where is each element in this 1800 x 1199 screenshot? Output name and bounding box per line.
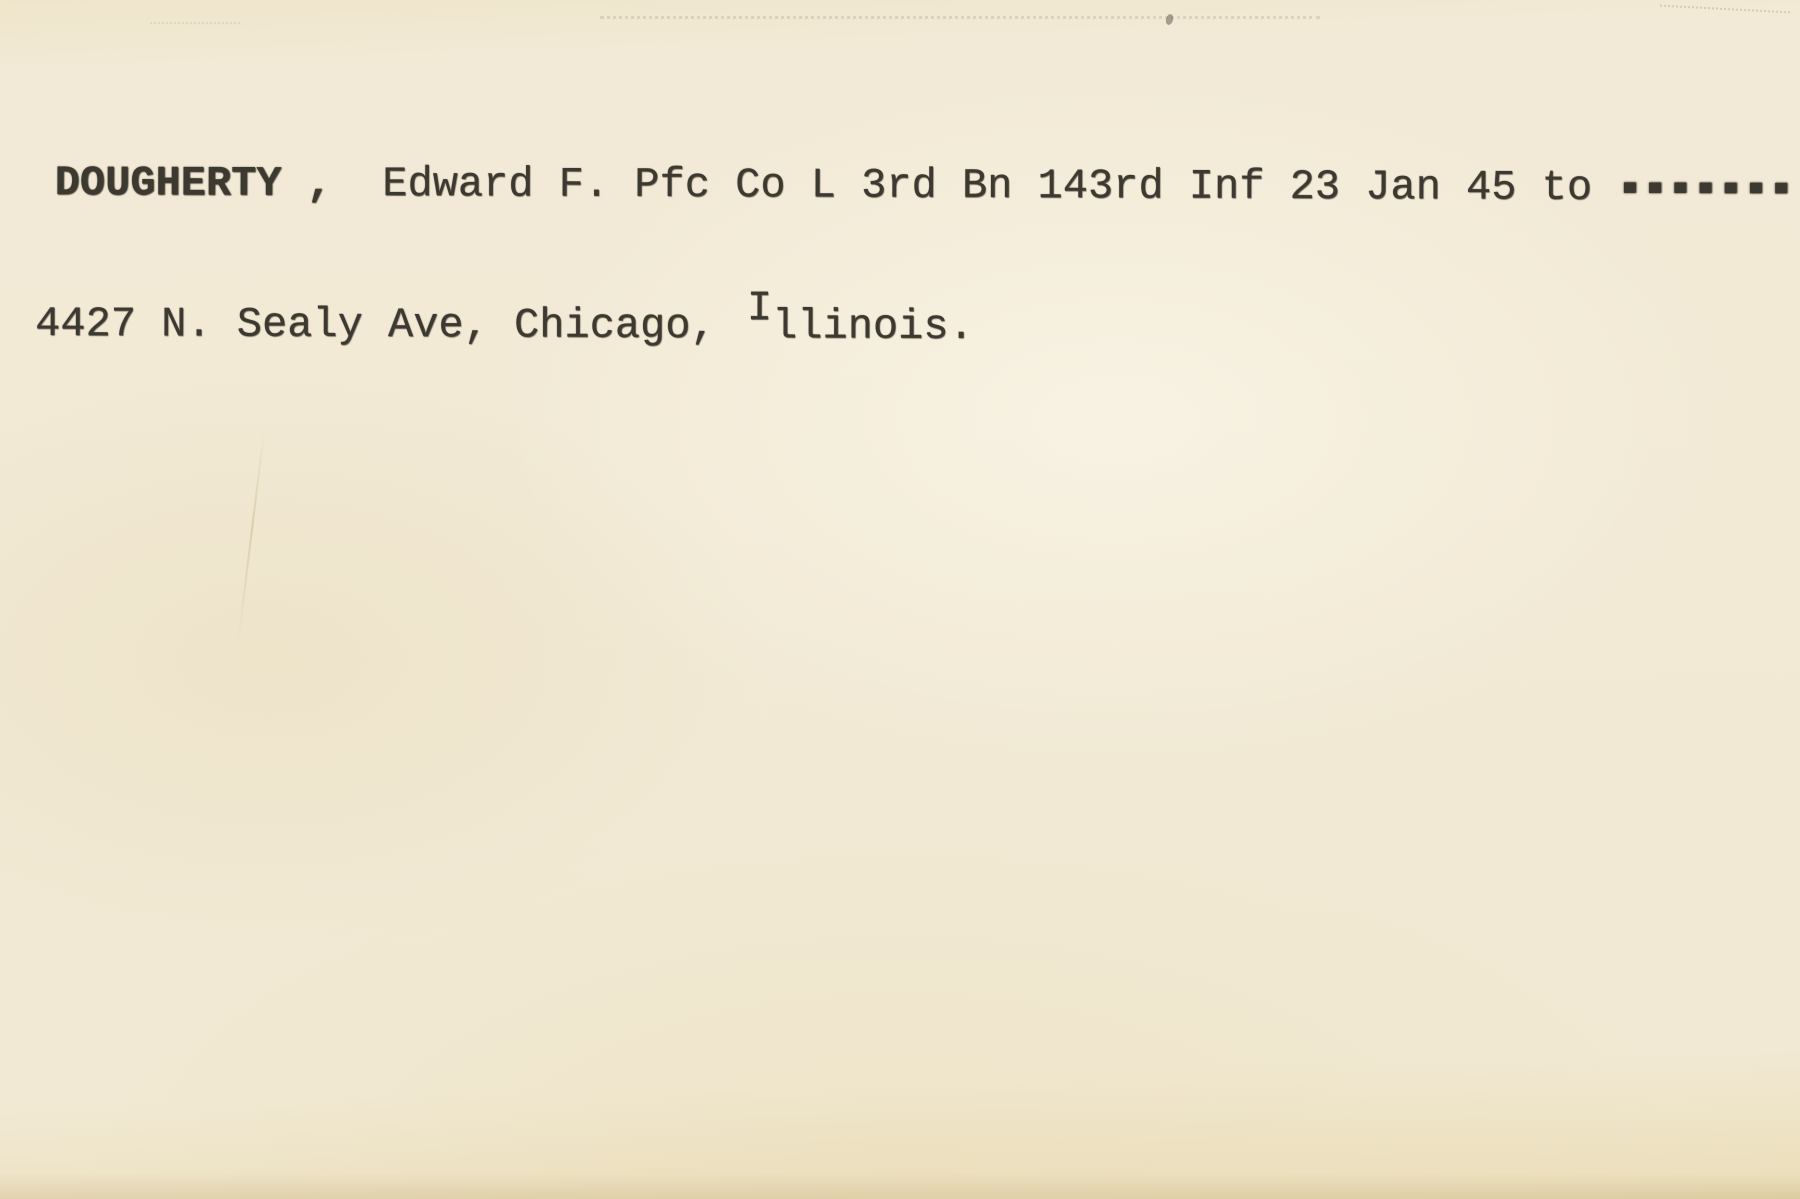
record-line-2: 4427 N. Sealy Ave, Chicago, Illinois. (35, 301, 1793, 354)
index-card: DOUGHERTY , Edward F. Pfc Co L 3rd Bn 14… (0, 0, 1800, 1199)
address-suffix-text: llinois. (772, 302, 974, 351)
surname-text: DOUGHERTY , (55, 159, 332, 208)
service-details-text: Edward F. Pfc Co L 3rd Bn 143rd Inf 23 J… (332, 160, 1618, 212)
address-prefix-text: 4427 N. Sealy Ave, Chicago, (35, 300, 741, 350)
dash-strikeout: ------- (1617, 139, 1794, 238)
record-line-1: DOUGHERTY , Edward F. Pfc Co L 3rd Bn 14… (36, 160, 1794, 213)
typed-text-block: DOUGHERTY , Edward F. Pfc Co L 3rd Bn 14… (35, 66, 1794, 448)
ink-speck (1165, 13, 1175, 25)
raised-letter-text: I (747, 284, 772, 332)
corner-speckles (1660, 5, 1790, 14)
bottom-edge-shade (0, 1173, 1800, 1199)
top-edge-speckles (600, 16, 1320, 19)
paper-scratch (237, 431, 265, 645)
left-speckles (150, 22, 240, 24)
